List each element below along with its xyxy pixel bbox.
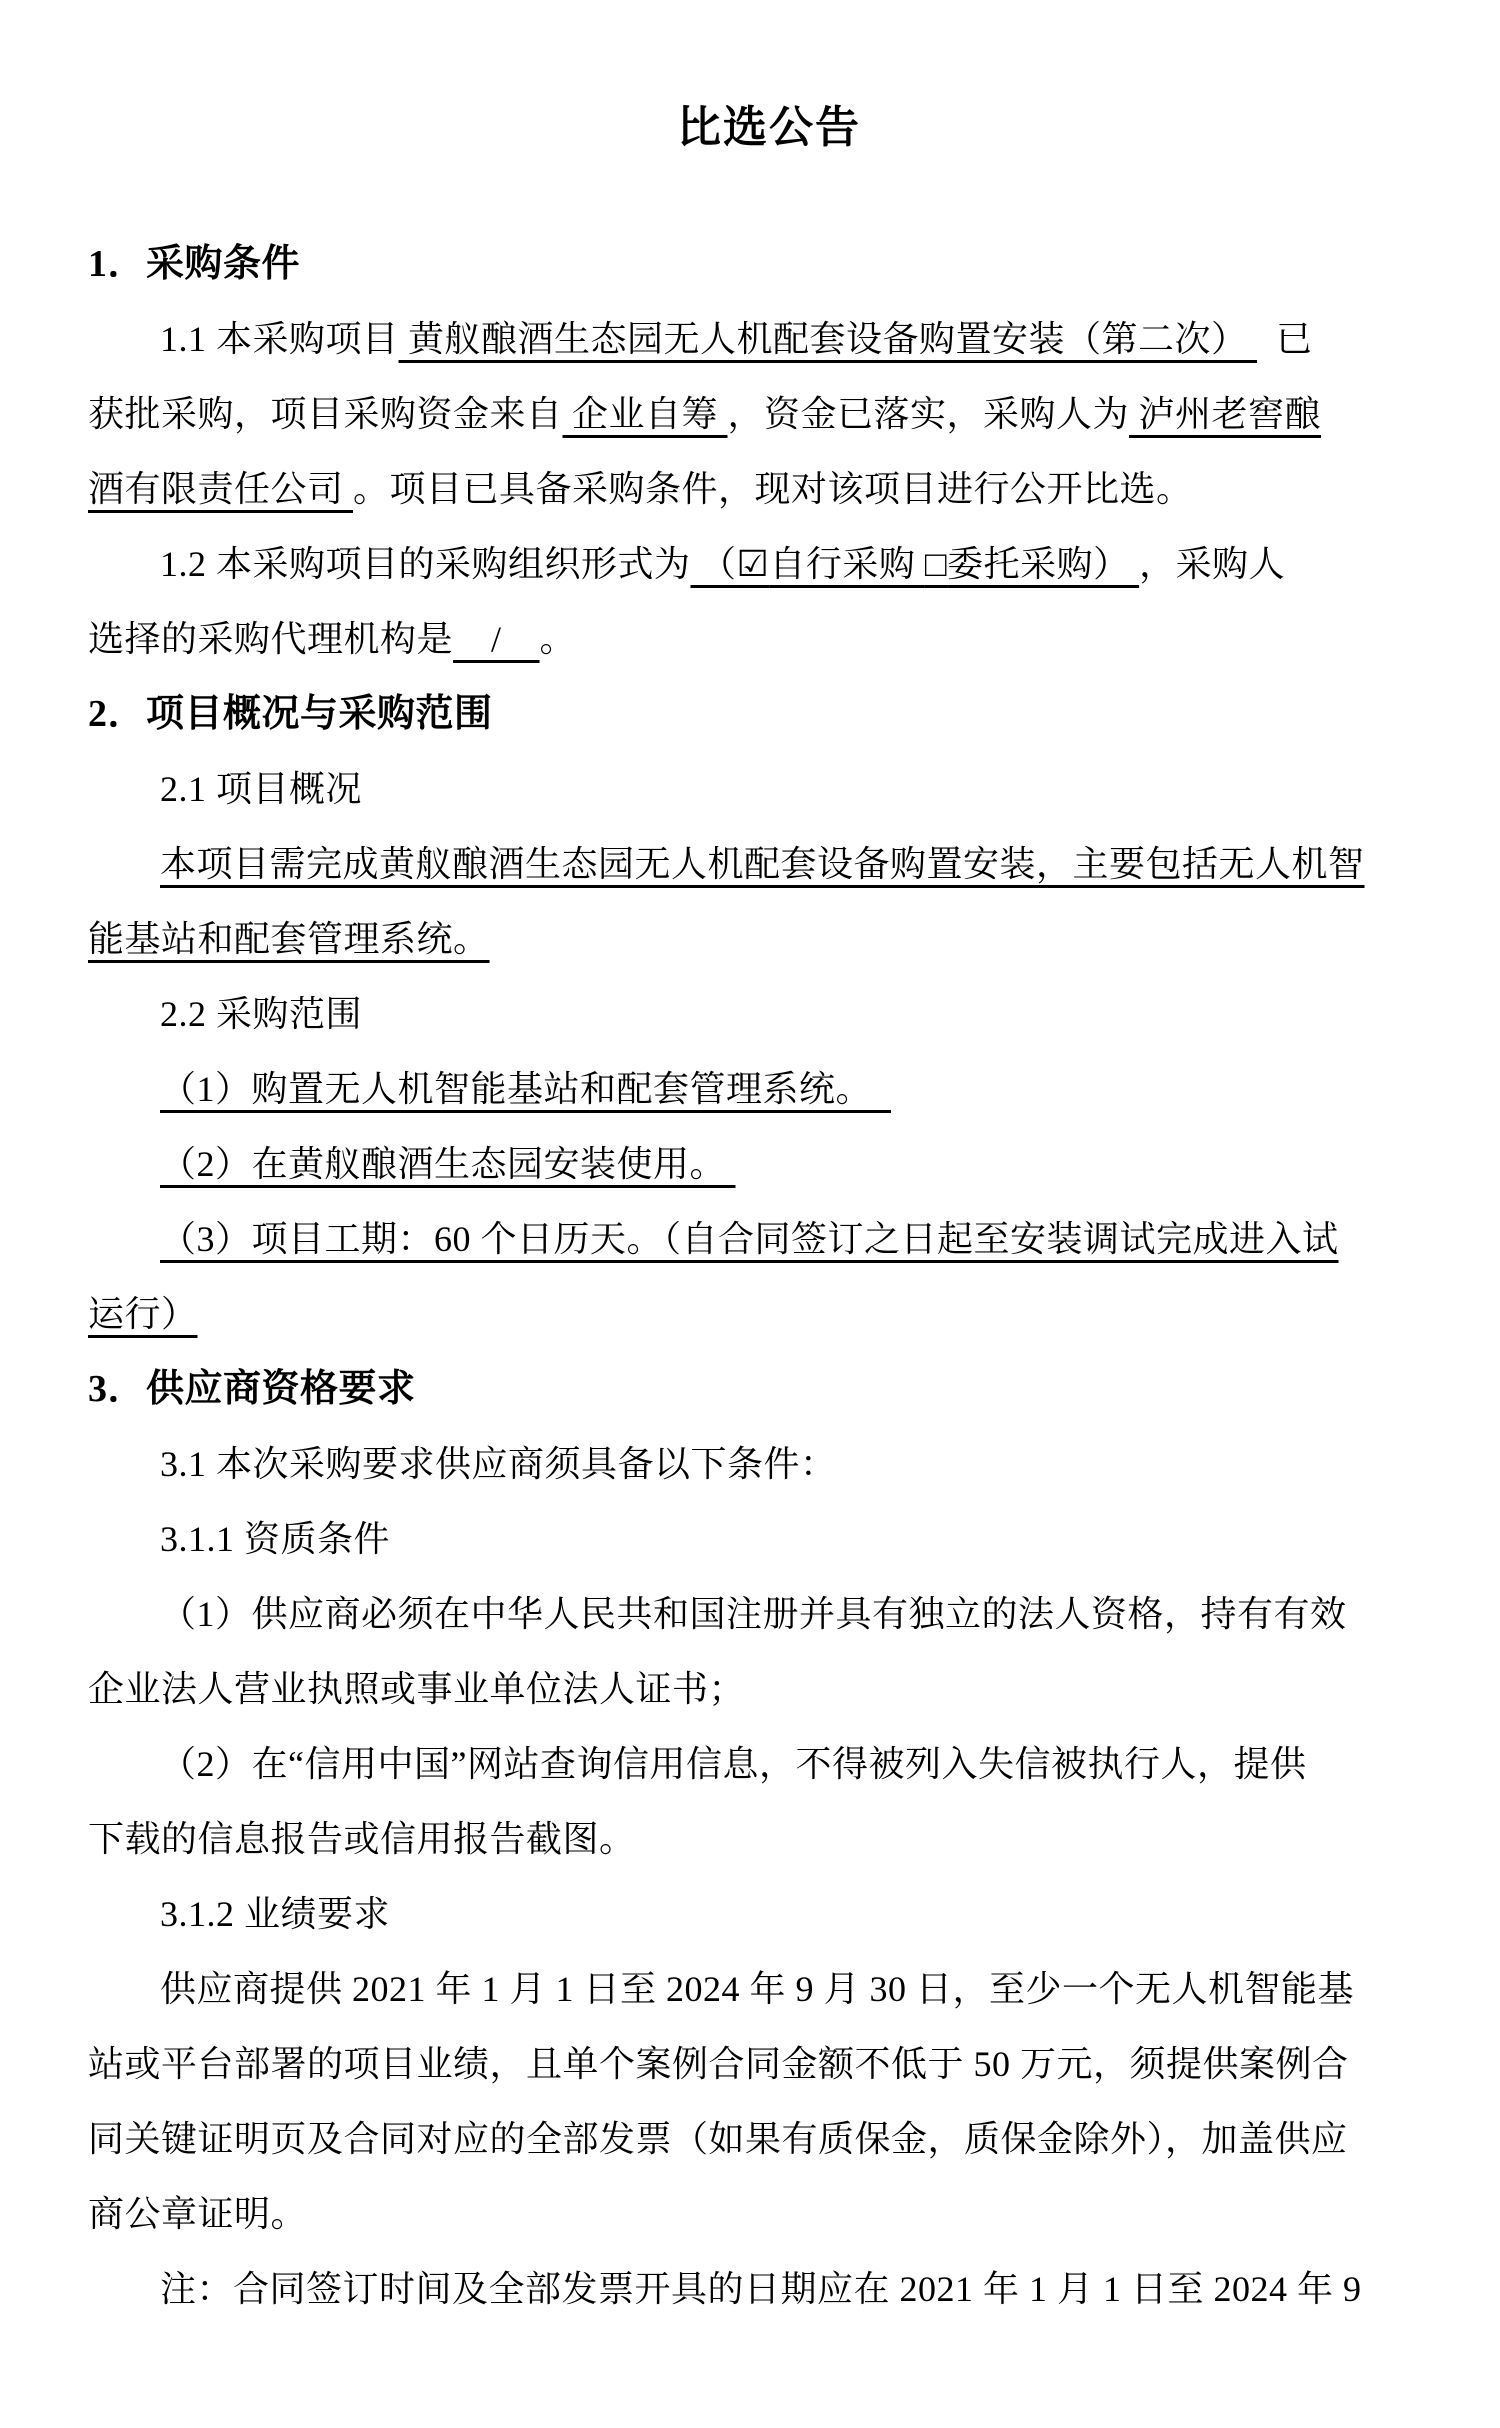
text-line: （1）购置无人机智能基站和配套管理系统。 [88, 1052, 1450, 1127]
text-line: 企业法人营业执照或事业单位法人证书； [88, 1652, 1450, 1727]
funding-source-blank: 企业自筹 [563, 394, 728, 434]
text-run: 自行采购 [769, 544, 925, 584]
section-heading: 3．供应商资格要求 [88, 1352, 1450, 1427]
text-run: （2）在“信用中国”网站查询信用信息，不得被列入失信被执行人，提供 [160, 1744, 1306, 1784]
text-run: 能基站和配套管理系统。 [88, 919, 490, 959]
text-line: 下载的信息报告或信用报告截图。 [88, 1802, 1450, 1877]
text-line: 能基站和配套管理系统。 [88, 902, 1450, 977]
text-run: （3）项目工期：60 个日历天。（自合同签订之日起至安装调试完成进入试 [160, 1219, 1339, 1259]
text-run: 3．供应商资格要求 [88, 1368, 416, 1410]
text-line: 同关键证明页及合同对应的全部发票（如果有质保金，质保金除外），加盖供应 [88, 2102, 1450, 2177]
text-run: 2.1 项目概况 [160, 769, 362, 809]
checkbox-checked-icon: ☑ [737, 544, 770, 584]
text-run: 商公章证明。 [88, 2194, 307, 2234]
text-run: 2.2 采购范围 [160, 994, 362, 1034]
text-run: ，采购人 [1139, 544, 1285, 584]
page-title: 比选公告 [88, 96, 1450, 160]
document-page: 比选公告 1．采购条件1.1 本采购项目 黄舣酿酒生态园无人机配套设备购置安装（… [0, 0, 1500, 2428]
text-run: 供应商提供 2021 年 1 月 1 日至 2024 年 9 月 30 日，至少… [160, 1969, 1354, 2009]
text-run: 获批采购，项目采购资金来自 [88, 394, 563, 434]
text-line: 站或平台部署的项目业绩，且单个案例合同金额不低于 50 万元，须提供案例合 [88, 2027, 1450, 2102]
document-body-wrapper: 比选公告 1．采购条件1.1 本采购项目 黄舣酿酒生态园无人机配套设备购置安装（… [0, 0, 1500, 2327]
text-run: 运行） [88, 1294, 198, 1334]
text-run: 同关键证明页及合同对应的全部发票（如果有质保金，质保金除外），加盖供应 [88, 2119, 1348, 2159]
text-run: 3.1 本次采购要求供应商须具备以下条件： [160, 1444, 837, 1484]
text-line: 3.1.2 业绩要求 [88, 1877, 1450, 1952]
text-line: （2）在黄舣酿酒生态园安装使用。 [88, 1127, 1450, 1202]
text-line: 运行） [88, 1277, 1450, 1352]
text-line: 1.2 本采购项目的采购组织形式为 （☑自行采购 □委托采购） ，采购人 [88, 527, 1450, 602]
text-run: （2）在黄舣酿酒生态园安装使用。 [160, 1144, 736, 1184]
purchaser-name-blank-continued: 酒有限责任公司 [88, 469, 353, 509]
text-run: 1.2 本采购项目的采购组织形式为 [160, 544, 691, 584]
text-run: 注：合同签订时间及全部发票开具的日期应在 2021 年 1 月 1 日至 202… [160, 2269, 1362, 2309]
text-line: 获批采购，项目采购资金来自 企业自筹 ，资金已落实，采购人为 泸州老窖酿 [88, 377, 1450, 452]
text-run: （ [691, 544, 737, 584]
text-run: 委托采购） [947, 544, 1139, 584]
text-line: 商公章证明。 [88, 2177, 1450, 2252]
text-run: 3.1.1 资质条件 [160, 1519, 390, 1559]
checkbox-unchecked-icon: □ [925, 544, 947, 584]
text-line: 注：合同签订时间及全部发票开具的日期应在 2021 年 1 月 1 日至 202… [88, 2252, 1450, 2327]
text-line: 酒有限责任公司 。项目已具备采购条件，现对该项目进行公开比选。 [88, 452, 1450, 527]
text-line: 供应商提供 2021 年 1 月 1 日至 2024 年 9 月 30 日，至少… [88, 1952, 1450, 2027]
text-line: 本项目需完成黄舣酿酒生态园无人机配套设备购置安装，主要包括无人机智 [88, 827, 1450, 902]
text-run: 。 [540, 619, 577, 659]
text-run: 企业法人营业执照或事业单位法人证书； [88, 1669, 745, 1709]
text-run: 。项目已具备采购条件，现对该项目进行公开比选。 [353, 469, 1193, 509]
section-heading: 2．项目概况与采购范围 [88, 677, 1450, 752]
text-run: 1.1 本采购项目 [160, 319, 399, 359]
text-line: 选择的采购代理机构是 / 。 [88, 602, 1450, 677]
text-run: 3.1.2 业绩要求 [160, 1894, 390, 1934]
text-line: 2.2 采购范围 [88, 977, 1450, 1052]
text-run: 2．项目概况与采购范围 [88, 693, 493, 735]
text-run: （1）购置无人机智能基站和配套管理系统。 [160, 1069, 891, 1109]
text-run: 选择的采购代理机构是 [88, 619, 453, 659]
text-run: 已 [1257, 319, 1313, 359]
purchaser-name-blank: 泸州老窖酿 [1129, 394, 1321, 434]
text-line: 1.1 本采购项目 黄舣酿酒生态园无人机配套设备购置安装（第二次） 已 [88, 302, 1450, 377]
text-line: （1）供应商必须在中华人民共和国注册并具有独立的法人资格，持有有效 [88, 1577, 1450, 1652]
text-run: （1）供应商必须在中华人民共和国注册并具有独立的法人资格，持有有效 [160, 1594, 1347, 1634]
section-heading: 1．采购条件 [88, 227, 1450, 302]
project-name-blank: 黄舣酿酒生态园无人机配套设备购置安装（第二次） [399, 319, 1258, 359]
text-run: 下载的信息报告或信用报告截图。 [88, 1819, 636, 1859]
document-body: 1．采购条件1.1 本采购项目 黄舣酿酒生态园无人机配套设备购置安装（第二次） … [88, 227, 1450, 2327]
text-line: （2）在“信用中国”网站查询信用信息，不得被列入失信被执行人，提供 [88, 1727, 1450, 1802]
agency-blank-field: / [453, 619, 540, 659]
text-line: 3.1.1 资质条件 [88, 1502, 1450, 1577]
text-run: 站或平台部署的项目业绩，且单个案例合同金额不低于 50 万元，须提供案例合 [88, 2044, 1349, 2084]
text-run: 本项目需完成黄舣酿酒生态园无人机配套设备购置安装，主要包括无人机智 [160, 844, 1365, 884]
text-line: 2.1 项目概况 [88, 752, 1450, 827]
text-line: 3.1 本次采购要求供应商须具备以下条件： [88, 1427, 1450, 1502]
text-run: ，资金已落实，采购人为 [728, 394, 1130, 434]
text-run: 1．采购条件 [88, 243, 300, 285]
text-line: （3）项目工期：60 个日历天。（自合同签订之日起至安装调试完成进入试 [88, 1202, 1450, 1277]
